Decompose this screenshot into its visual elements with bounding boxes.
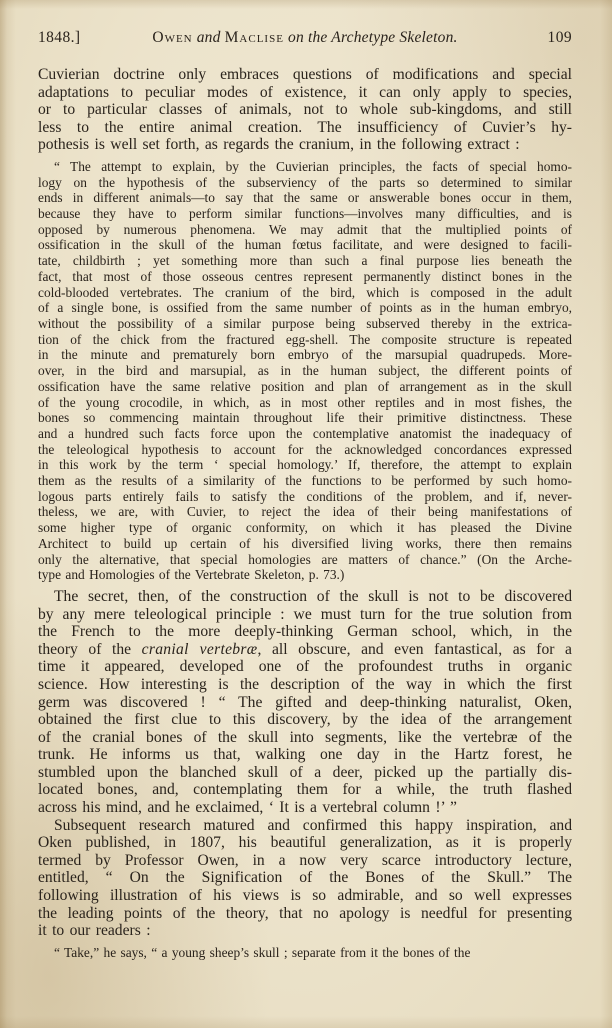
text-line: the leading points of the theory, that n…	[38, 905, 572, 923]
text-line: in this work by the term ‘ special homol…	[38, 457, 572, 473]
scanned-book-page: 1848.] Owen and Maclise on the Archetype…	[0, 0, 612, 1028]
text-line: by any mere teleological principle : we …	[38, 606, 572, 624]
text-line: tate, childbirth ; yet something more th…	[38, 253, 572, 269]
text-line: stumbled upon the blanched skull of a de…	[38, 764, 572, 782]
text-line: less to the entire animal creation. The …	[38, 119, 572, 137]
text-line: Oken published, in 1807, his beautiful g…	[38, 834, 572, 852]
text-line: trunk. He informs us that, walking one d…	[38, 746, 572, 764]
text-line: adaptations to peculiar modes of existen…	[38, 84, 572, 102]
running-header: 1848.] Owen and Maclise on the Archetype…	[38, 29, 572, 47]
text-line: Cuvierian doctrine only embraces questio…	[38, 66, 572, 84]
text-line: only the alternative, that special homol…	[38, 552, 572, 568]
text-line: of a single bone, is ossified from the s…	[38, 300, 572, 316]
text-line: Subsequent research matured and confirme…	[38, 817, 572, 835]
page-number: 109	[482, 29, 572, 47]
text-line: of the young crocodile, in which, as in …	[38, 395, 572, 411]
text-line: ossification in the skull of the human f…	[38, 237, 572, 253]
header-title-rest: on the Archetype Skeleton.	[284, 29, 458, 46]
text-line: following illustration of his views is s…	[38, 887, 572, 905]
text-line: “ The attempt to explain, by the Cuvieri…	[38, 159, 572, 175]
text-line: type and Homologies of the Vertebrate Sk…	[38, 567, 572, 583]
text-line: bones so commencing maintain throughout …	[38, 410, 572, 426]
header-conjunction: and	[193, 29, 225, 46]
blockquote-take-sheeps-skull: “ Take,” he says, “ a young sheep’s skul…	[38, 945, 572, 961]
text-line: across his mind, and he exclaimed, ‘ It …	[38, 799, 572, 817]
text-line: opposed by numerous phenomena. We may ad…	[38, 222, 572, 238]
text-line: theory of the cranial vertebræ, all obsc…	[38, 641, 572, 659]
text-line: obtained the first clue to this discover…	[38, 711, 572, 729]
header-title: Owen and Maclise on the Archetype Skelet…	[128, 29, 482, 47]
text-line: ossification have the same relative posi…	[38, 379, 572, 395]
text-line: located bones, and, contemplating them f…	[38, 781, 572, 799]
text-line: “ Take,” he says, “ a young sheep’s skul…	[38, 945, 572, 961]
text-line: pothesis is well set forth, as regards t…	[38, 136, 572, 154]
paragraph-cuvierian-doctrine: Cuvierian doctrine only embraces questio…	[38, 66, 572, 154]
text-line: logy on the hypothesis of the subservien…	[38, 175, 572, 191]
text-column: 1848.] Owen and Maclise on the Archetype…	[38, 29, 572, 961]
text-line: termed by Professor Owen, in a now very …	[38, 852, 572, 870]
text-line: the teleological hypothesis to account f…	[38, 442, 572, 458]
text-line: entitled, “ On the Signification of the …	[38, 869, 572, 887]
header-author-maclise: Maclise	[225, 29, 284, 46]
text-line: The secret, then, of the construction of…	[38, 588, 572, 606]
text-line: logous parts entirely fails to satisfy t…	[38, 489, 572, 505]
text-line: over, in the bird and marsupial, as in t…	[38, 363, 572, 379]
text-line: theless, we are, with Cuvier, to reject …	[38, 504, 572, 520]
text-line: fact, that most of those osseous centres…	[38, 269, 572, 285]
text-line: it to our readers :	[38, 922, 572, 940]
text-line: some higher type of organic conformity, …	[38, 520, 572, 536]
text-line: the French to the more deeply-thinking G…	[38, 623, 572, 641]
text-line: or to particular classes of animals, not…	[38, 101, 572, 119]
header-author-owen: Owen	[152, 29, 192, 46]
text-line: ends in different animals—to say that th…	[38, 190, 572, 206]
text-line: because they have to perform similar fun…	[38, 206, 572, 222]
text-line: them as the results of a similarity of t…	[38, 473, 572, 489]
text-line: of the cranial bones of the skull into s…	[38, 729, 572, 747]
blockquote-archetype-extract: “ The attempt to explain, by the Cuvieri…	[38, 159, 572, 583]
text-line: science. How interesting is the descript…	[38, 676, 572, 694]
paragraph-secret-of-skull: The secret, then, of the construction of…	[38, 588, 572, 817]
text-line: and a hundred such facts force upon the …	[38, 426, 572, 442]
header-year: 1848.]	[38, 29, 128, 47]
text-line: without the possibility of a similar pur…	[38, 316, 572, 332]
text-line: germ was discovered ! “ The gifted and d…	[38, 694, 572, 712]
paragraph-subsequent-research: Subsequent research matured and confirme…	[38, 817, 572, 940]
text-line: cold-blooded vertebrates. The cranium of…	[38, 285, 572, 301]
text-line: tion of the chick from the fractured egg…	[38, 332, 572, 348]
text-line: Architect to build up certain of his div…	[38, 536, 572, 552]
text-line: time it appeared, developed one of the p…	[38, 658, 572, 676]
text-line: in the minute and prematurely born embry…	[38, 347, 572, 363]
